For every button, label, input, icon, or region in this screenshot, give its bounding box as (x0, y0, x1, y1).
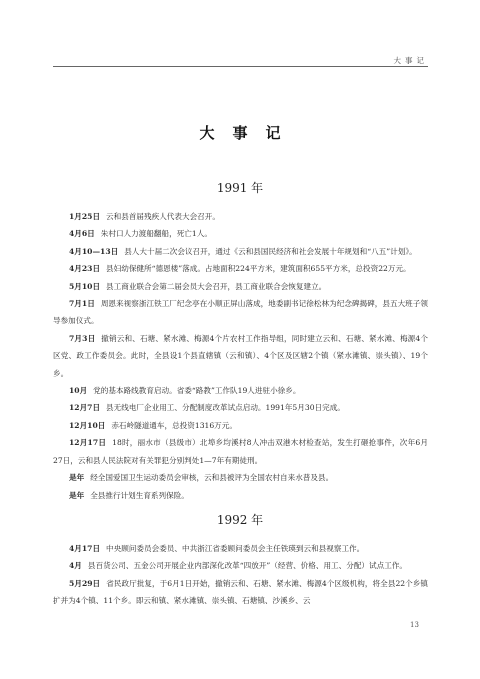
entries-1992: 4月17日中央顾问委员会委员、中共浙江省委顾问委员会主任铁瑛到云和县视察工作。 … (53, 540, 428, 610)
event-date: 4月23日 (69, 264, 100, 273)
event-entry: 12月7日县无线电厂企业用工、分配制度改革试点启动。1991年5月30日完成。 (53, 399, 428, 416)
event-entry: 4月县百货公司、五金公司开展企业内部深化改革“四放开”（经营、价格、用工、分配）… (53, 557, 428, 574)
event-date: 12月7日 (69, 403, 100, 412)
event-text: 全县推行计划生育系列保险。 (90, 491, 189, 500)
event-date: 5月10日 (69, 282, 100, 291)
event-date: 5月29日 (69, 579, 100, 588)
event-entry: 4月23日县妇幼保健所“德恩楼”落成。占地面积224平方米，建筑面积655平方米… (53, 260, 428, 277)
event-date: 4月 (69, 561, 82, 570)
year-heading-1992: 1992 年 (0, 511, 480, 528)
event-entry: 7月1日周恩来视察浙江铁工厂纪念亭在小顺正屏山落成，地委副书记徐松林为纪念碑揭碑… (53, 295, 428, 330)
year-heading-1991: 1991 年 (0, 179, 480, 196)
event-entry: 4月6日朱村口人力渡船翻船，死亡1人。 (53, 225, 428, 242)
page-number: 13 (410, 621, 419, 629)
event-date: 4月10—13日 (69, 247, 118, 256)
event-text: 周恩来视察浙江铁工厂纪念亭在小顺正屏山落成，地委副书记徐松林为纪念碑揭碑，县五大… (53, 299, 428, 325)
event-entry: 是年经全国爱国卫生运动委员会审核，云和县被评为全国农村自来水普及县。 (53, 469, 428, 486)
event-text: 县百货公司、五金公司开展企业内部深化改革“四放开”（经营、价格、用工、分配）试点… (88, 561, 407, 570)
event-entry: 12月17日18时，丽水市（县级市）北埠乡均溪村8人冲击双港木材检查站，发生打砸… (53, 434, 428, 469)
event-text: 赤石岭隧道通车，总投资1316万元。 (111, 421, 237, 430)
event-entry: 10月党的基本路线教育启动。省委“路教”工作队19人进驻小徐乡。 (53, 382, 428, 399)
event-date: 是年 (69, 473, 84, 482)
page-title: 大事记 (0, 122, 480, 143)
event-text: 18时，丽水市（县级市）北埠乡均溪村8人冲击双港木材检查站，发生打砸抢事件，次年… (53, 438, 428, 464)
event-entry: 是年全县推行计划生育系列保险。 (53, 487, 428, 504)
event-text: 县妇幼保健所“德恩楼”落成。占地面积224平方米，建筑面积655平方米，总投资2… (106, 264, 411, 273)
event-entry: 12月10日赤石岭隧道通车，总投资1316万元。 (53, 417, 428, 434)
event-text: 云和县首届残疾人代表大会召开。 (106, 212, 220, 221)
event-text: 县无线电厂企业用工、分配制度改革试点启动。1991年5月30日完成。 (106, 403, 345, 412)
event-date: 4月6日 (69, 229, 95, 238)
event-entry: 5月29日省民政厅批复，于6月1日开始，撤销云和、石塘、紧水滩、梅源4个区级机构… (53, 575, 428, 610)
event-date: 10月 (69, 386, 87, 395)
event-entry: 7月3日撤销云和、石塘、紧水滩、梅源4个片农村工作指导组，同时建立云和、石塘、紧… (53, 330, 428, 382)
event-date: 12月17日 (69, 438, 106, 447)
event-text: 县工商业联合会第二届会员大会召开，县工商业联合会恢复建立。 (106, 282, 326, 291)
event-entry: 5月10日县工商业联合会第二届会员大会召开，县工商业联合会恢复建立。 (53, 278, 428, 295)
event-date: 1月25日 (69, 212, 100, 221)
event-text: 朱村口人力渡船翻船，死亡1人。 (101, 229, 212, 238)
event-entry: 4月17日中央顾问委员会委员、中共浙江省委顾问委员会主任铁瑛到云和县视察工作。 (53, 540, 428, 557)
event-date: 7月1日 (69, 299, 95, 308)
event-text: 县人大十届二次会议召开，通过《云和县国民经济和社会发展十年规划和“八五”计划》。 (124, 247, 417, 256)
running-head: 大事记 (53, 55, 428, 66)
event-text: 经全国爱国卫生运动委员会审核，云和县被评为全国农村自来水普及县。 (90, 473, 333, 482)
event-entry: 4月10—13日县人大十届二次会议召开，通过《云和县国民经济和社会发展十年规划和… (53, 243, 428, 260)
event-text: 撤销云和、石塘、紧水滩、梅源4个片农村工作指导组，同时建立云和、石塘、紧水滩、梅… (53, 334, 428, 378)
event-date: 4月17日 (69, 544, 100, 553)
event-date: 12月10日 (69, 421, 105, 430)
event-date: 7月3日 (69, 334, 95, 343)
header-rule (53, 66, 428, 67)
event-text: 党的基本路线教育启动。省委“路教”工作队19人进驻小徐乡。 (93, 386, 300, 395)
event-entry: 1月25日云和县首届残疾人代表大会召开。 (53, 208, 428, 225)
event-text: 省民政厅批复，于6月1日开始，撤销云和、石塘、紧水滩、梅源4个区级机构，将全县2… (53, 579, 428, 605)
event-date: 是年 (69, 491, 84, 500)
event-text: 中央顾问委员会委员、中共浙江省委顾问委员会主任铁瑛到云和县视察工作。 (106, 544, 364, 553)
entries-1991: 1月25日云和县首届残疾人代表大会召开。 4月6日朱村口人力渡船翻船，死亡1人。… (53, 208, 428, 504)
